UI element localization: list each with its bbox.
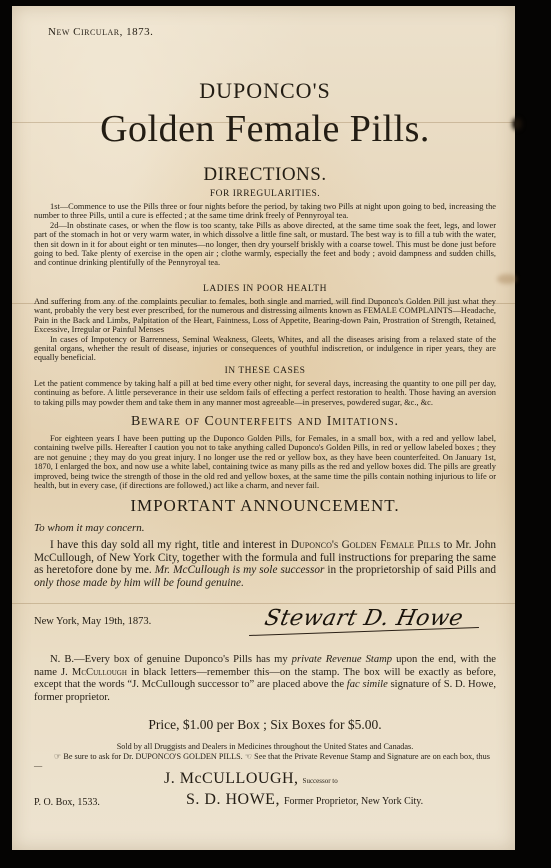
text: J. McCullough [61, 667, 127, 678]
successor-label: Successor to [303, 777, 338, 785]
torn-edge-mark [512, 118, 522, 130]
price-line: Price, $1.00 per Box ; Six Boxes for $5.… [34, 717, 496, 733]
text: N. B.—Every box of genuine Duponco's Pil… [50, 654, 292, 665]
text: I have this day sold all my right, title… [50, 539, 291, 551]
successor-name: J. McCULLOUGH, [164, 770, 299, 787]
nota-bene: N. B.—Every box of genuine Duponco's Pil… [34, 654, 496, 704]
document-title: Golden Female Pills. [34, 110, 496, 148]
circular-label: New Circular, 1873. [48, 26, 153, 38]
paragraph: For eighteen years I have been putting u… [34, 434, 496, 490]
paragraph: And suffering from any of the complaints… [34, 297, 496, 335]
section-heading-beware: Beware of Counterfeits and Imitations. [34, 414, 496, 430]
stain-mark [497, 274, 517, 284]
section-beware: For eighteen years I have been putting u… [34, 434, 496, 490]
paper-fold-crease [12, 603, 515, 604]
former-label: Former Proprietor, New York City. [284, 796, 423, 807]
text: in the proprietorship of said Pills and [324, 564, 496, 576]
former-name: S. D. HOWE, [186, 791, 280, 808]
paragraph: 2d—In obstinate cases, or when the flow … [34, 221, 496, 268]
successor-line: J. McCULLOUGH, Successor to [164, 770, 484, 788]
section-ladies: And suffering from any of the complaints… [34, 297, 496, 363]
announcement-heading: IMPORTANT ANNOUNCEMENT. [34, 496, 496, 516]
be-sure-line: ☞ Be sure to ask for Dr. DUPONCO'S GOLDE… [34, 752, 496, 770]
directions-heading: DIRECTIONS. [34, 164, 496, 186]
paragraph: In cases of Impotency or Barrenness, Sem… [34, 335, 496, 363]
section-heading-ladies: LADIES IN POOR HEALTH [34, 284, 496, 294]
section-heading-cases: IN THESE CASES [34, 366, 496, 376]
section-heading-irregularities: FOR IRREGULARITIES. [34, 189, 496, 199]
salutation: To whom it may concern. [34, 522, 496, 534]
announcement-text: I have this day sold all my right, title… [34, 539, 496, 589]
sold-by-line: Sold by all Druggists and Dealers in Med… [34, 742, 496, 751]
brand-name: DUPONCO'S [34, 78, 496, 104]
paragraph: 1st—Commence to use the Pills three or f… [34, 202, 496, 221]
text: private Revenue Stamp [292, 654, 392, 665]
section-cases: Let the patient commence by taking half … [34, 379, 496, 407]
signature-block: Stewart D. Howe [234, 606, 494, 632]
text: Mr. McCullough is my sole successor [155, 564, 325, 576]
product-name: Duponco's Golden Female Pills [291, 539, 440, 551]
text: only those made by him will be found gen… [34, 577, 244, 589]
paragraph: Let the patient commence by taking half … [34, 379, 496, 407]
circular-paper: New Circular, 1873. DUPONCO'S Golden Fem… [12, 6, 515, 850]
former-proprietor-line: S. D. HOWE, Former Proprietor, New York … [186, 791, 506, 809]
section-irregularities: 1st—Commence to use the Pills three or f… [34, 202, 496, 268]
text: fac simile [347, 679, 388, 690]
